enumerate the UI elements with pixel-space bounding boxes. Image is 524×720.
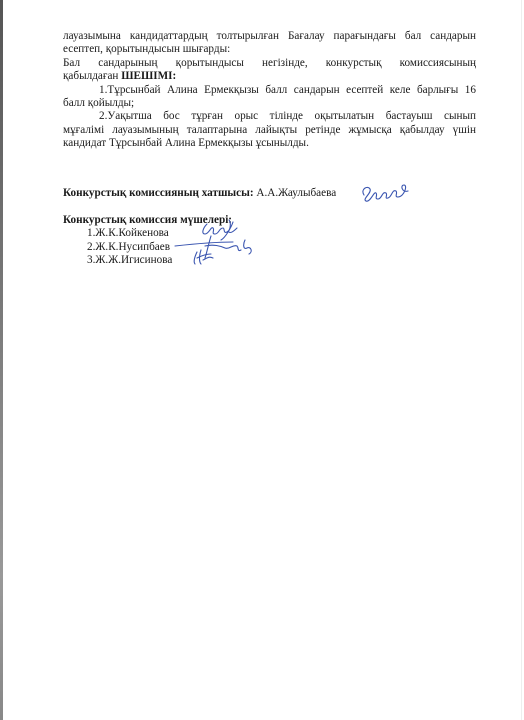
scan-border-left [0, 0, 3, 720]
decision-1-line-1: 1.Тұрсынбай Алина Ермекқызы балл сандары… [63, 84, 476, 97]
secretary-name: А.А.Жаулыбаева [256, 187, 336, 199]
member-item: 3.Ж.Ж.Игисинова [87, 254, 476, 267]
intro-line-3: Бал сандарының қорытындысы негізінде, ко… [63, 57, 476, 70]
member-item: 2.Ж.К.Нусипбаев [87, 241, 476, 254]
decision-item-2: 2.Уақытша бос тұрған орыс тілінде оқытыл… [63, 110, 476, 150]
members-section: Конкурстық комиссия мүшелері: 1.Ж.К.Койк… [63, 214, 476, 268]
secretary-signature [358, 181, 414, 205]
intro-line-4: қабылдаған ШЕШІМІ: [63, 70, 476, 83]
secretary-label: Конкурстық комиссияның хатшысы: [63, 187, 254, 199]
decision-2-line-3: кандидат Тұрсынбай Алина Ермекқызы ұсыны… [63, 137, 476, 150]
decision-2-line-1: 2.Уақытша бос тұрған орыс тілінде оқытыл… [63, 110, 476, 123]
document-page: лауазымына кандидаттардың толтырылған Ба… [63, 30, 476, 268]
intro-line-1: лауазымына кандидаттардың толтырылған Ба… [63, 30, 476, 43]
members-signatures [173, 218, 263, 268]
decision-item-1: 1.Тұрсынбай Алина Ермекқызы балл сандары… [63, 84, 476, 111]
intro-paragraph: лауазымына кандидаттардың толтырылған Ба… [63, 30, 476, 84]
secretary-line: Конкурстық комиссияның хатшысы: А.А.Жаул… [63, 187, 476, 200]
members-label: Конкурстық комиссия мүшелері: [63, 214, 476, 227]
decision-heading: ШЕШІМІ: [121, 70, 176, 82]
members-list: 1.Ж.К.Койкенова 2.Ж.К.Нусипбаев 3.Ж.Ж.Иг… [63, 227, 476, 267]
scan-border-right [521, 0, 522, 720]
intro-line-2: есептеп, қорытындысын шығарды: [63, 43, 476, 56]
intro-line-4-prefix: қабылдаған [63, 70, 121, 82]
member-item: 1.Ж.К.Койкенова [87, 227, 476, 240]
decision-2-line-2: мұғалімі лауазымының талаптарына лайықты… [63, 124, 476, 137]
decision-1-line-2: балл қойылды; [63, 97, 476, 110]
